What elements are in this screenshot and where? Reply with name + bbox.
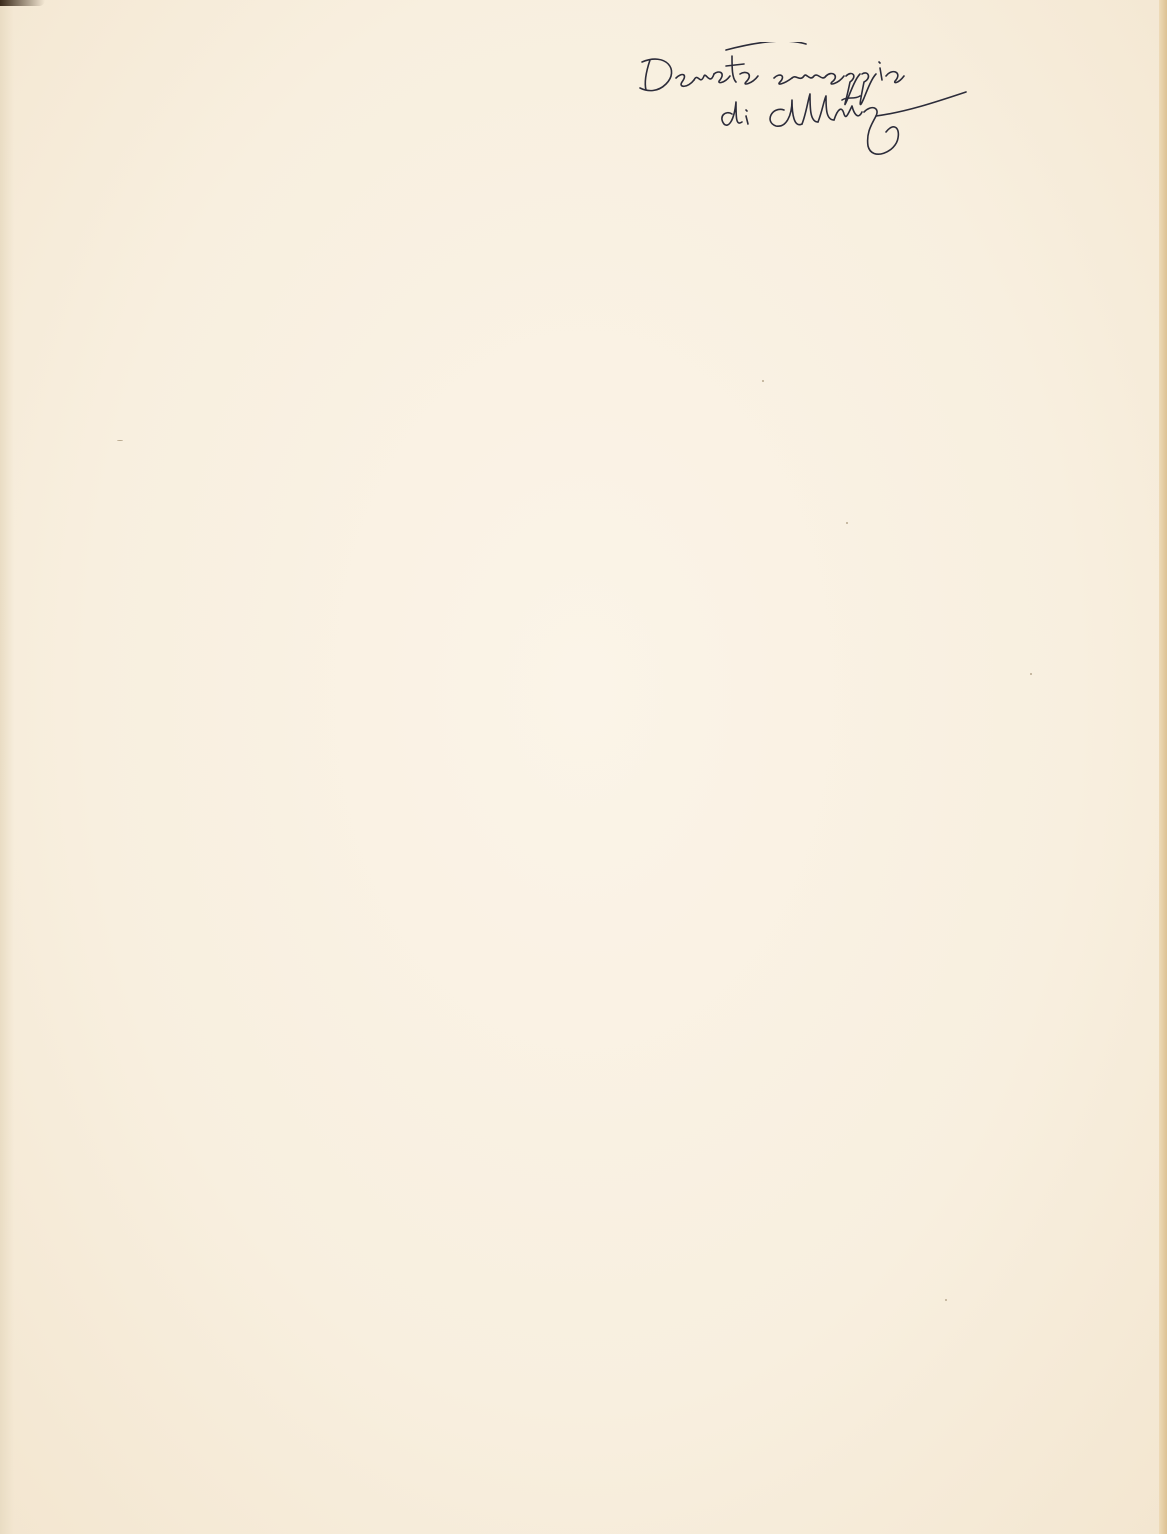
paper-speck xyxy=(1030,673,1032,675)
paper-speck xyxy=(846,522,848,524)
handwritten-dedication: Devoto omaggio di A. Muñoz xyxy=(636,42,976,162)
scan-shadow xyxy=(0,0,45,6)
paper-page: Devoto omaggio di A. Muñoz xyxy=(0,0,1167,1534)
page-right-edge xyxy=(1159,0,1167,1534)
page-left-edge xyxy=(0,0,14,1534)
handwriting-strokes xyxy=(636,42,976,162)
paper-speck xyxy=(117,440,123,441)
paper-speck xyxy=(762,380,764,382)
paper-speck xyxy=(945,1299,947,1301)
